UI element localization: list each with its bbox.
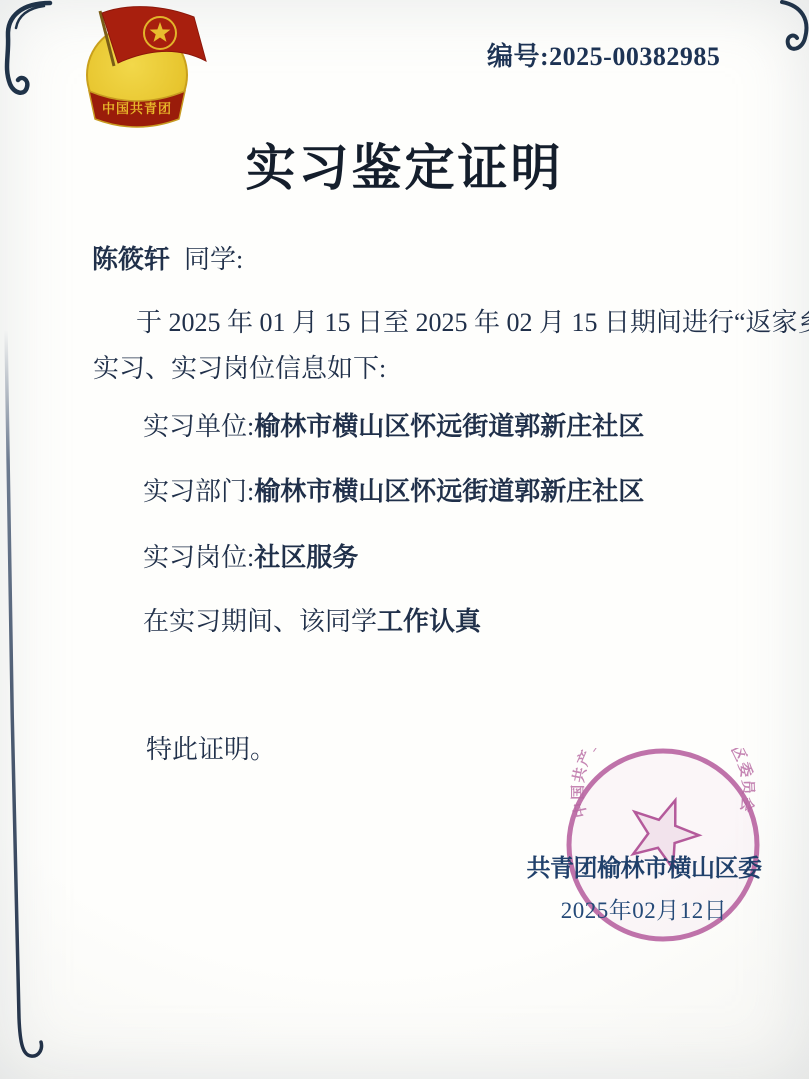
field-position-label: 实习岗位:	[143, 543, 254, 572]
field-department: 实习部门:榆林市横山区怀远街道郭新庄社区	[143, 471, 644, 508]
intro-line-1: 于 2025 年 01 月 15 日至 2025 年 02 月 15 日期间进行…	[136, 302, 809, 339]
evaluation-line: 在实习期间、该同学工作认真	[143, 601, 481, 638]
closing-line: 特此证明。	[146, 729, 276, 766]
serial-label: 编号:	[487, 42, 549, 71]
corner-flourish-left-icon	[0, 0, 56, 108]
corner-flourish-right-icon	[778, 0, 809, 58]
issuer-name: 共青团榆林市横山区委	[498, 848, 790, 883]
salutation-line: 陈筱轩同学:	[92, 239, 243, 276]
signature-block: 共青团榆林市横山区委 2025年02月12日	[498, 848, 790, 925]
salutation-suffix: 同学:	[184, 245, 243, 274]
serial-value: 2025-00382985	[549, 42, 720, 71]
evaluation-prefix: 在实习期间、该同学	[143, 607, 377, 636]
left-border-line	[0, 318, 52, 1066]
field-unit-label: 实习单位:	[143, 412, 254, 441]
field-unit-value: 榆林市横山区怀远街道郭新庄社区	[254, 412, 644, 441]
emblem-banner-text: 中国共青团	[102, 101, 172, 116]
field-position-value: 社区服务	[254, 543, 358, 572]
issue-date: 2025年02月12日	[498, 892, 790, 925]
youth-league-emblem: 中国共青团	[67, 2, 217, 128]
field-position: 实习岗位:社区服务	[143, 537, 358, 574]
serial-number: 编号:2025-00382985	[487, 36, 720, 73]
student-name: 陈筱轩	[92, 245, 170, 274]
intro-line-2: 实习、实习岗位信息如下:	[93, 348, 386, 385]
evaluation-highlight: 工作认真	[377, 607, 481, 636]
page-title: 实习鉴定证明	[0, 128, 809, 200]
field-unit: 实习单位:榆林市横山区怀远街道郭新庄社区	[143, 406, 644, 443]
field-department-value: 榆林市横山区怀远街道郭新庄社区	[254, 477, 644, 506]
certificate-page: 中国共青团 编号:2025-00382985 实习鉴定证明 陈筱轩同学: 于 2…	[0, 0, 809, 1079]
field-department-label: 实习部门:	[143, 477, 254, 506]
